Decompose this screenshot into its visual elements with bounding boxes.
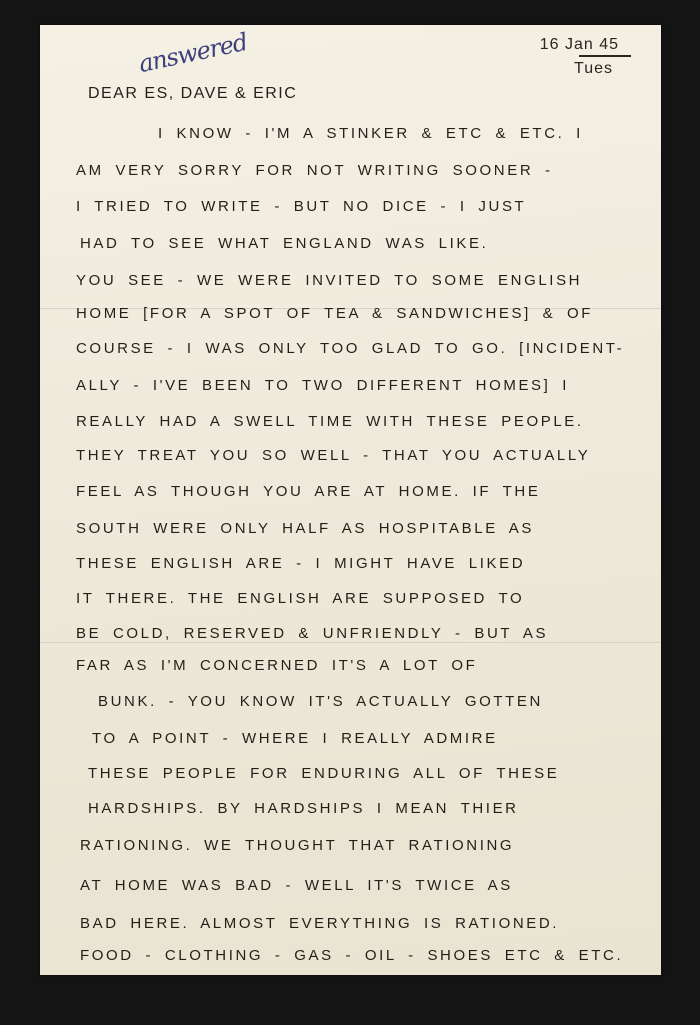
letter-line: bunk. - You know it's actually gotten (98, 693, 543, 710)
letter-line: had to see what England was like. (80, 235, 488, 252)
letter-line: I know - I'm a stinker & etc & etc. I (158, 125, 583, 142)
letter-line: be cold, reserved & unfriendly - but as (76, 625, 548, 642)
letter-line: They treat you so well - that you actual… (76, 447, 590, 464)
letter-page: answered 16 Jan 45 Tues Dear Es, Dave & … (40, 25, 661, 975)
date-underline (579, 55, 631, 57)
letter-line: really had a swell time with these peopl… (76, 413, 584, 430)
letter-line: Food - clothing - gas - oil - shoes etc … (80, 947, 623, 964)
salutation: Dear Es, Dave & Eric (88, 85, 297, 103)
letter-line: South were only half as hospitable as (76, 520, 534, 537)
fold-crease-lower (40, 642, 661, 644)
letter-line: You see - we were invited to some Englis… (76, 272, 582, 289)
letter-line: it there. The English are supposed to (76, 590, 524, 607)
letter-line: bad here. Almost everything is rationed. (80, 915, 559, 932)
letter-line: far as I'm concerned it's a lot of (76, 657, 477, 674)
letter-line: ally - I've been to two different homes]… (76, 377, 569, 394)
letter-line: course - I was only too glad to go. [Inc… (76, 340, 624, 357)
letter-line: these English are - I might have liked (76, 555, 525, 572)
letter-line: I tried to write - but no dice - I just (76, 198, 526, 215)
letter-line: am very sorry for not writing sooner - (76, 162, 553, 179)
date-text: 16 Jan 45 (540, 33, 619, 57)
letter-line: home [for a spot of tea & sandwiches] & … (76, 305, 593, 322)
letter-line: hardships. By hardships I mean thier (88, 800, 519, 817)
letter-line: rationing. We thought that rationing (80, 837, 514, 854)
letter-date: 16 Jan 45 Tues (540, 33, 619, 81)
letter-line: to a point - where I really admire (92, 730, 498, 747)
letter-line: these people for enduring all of these (88, 765, 559, 782)
letter-line: at home was bad - well it's twice as (80, 877, 513, 894)
weekday-text: Tues (540, 57, 619, 81)
answered-annotation: answered (136, 28, 249, 78)
letter-line: feel as though you are at home. If the (76, 483, 540, 500)
